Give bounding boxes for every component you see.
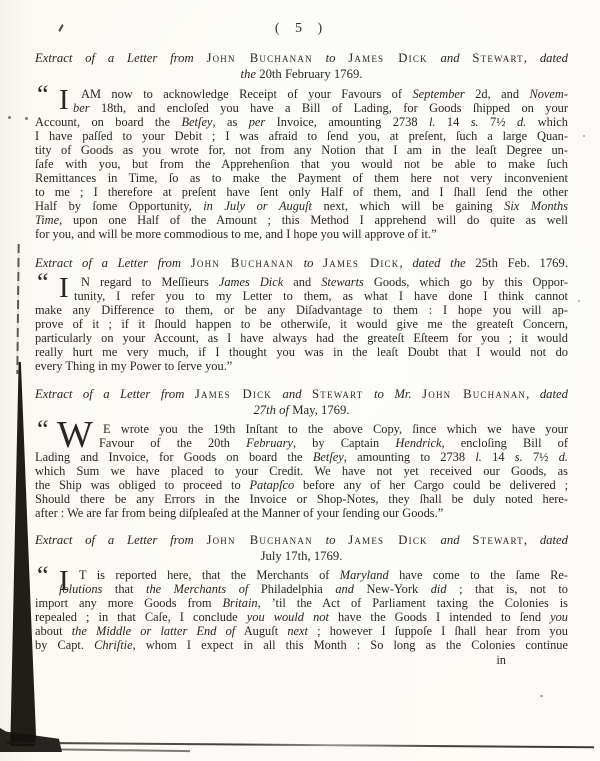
text-segment: Extract of a Letter from [35,256,191,270]
text-segment: James Dick [348,51,427,65]
body-line: every Thing in my Power to ſerve you.” [35,359,568,373]
text-segment: Should there be any Errors in the Invoic… [35,492,568,506]
text-segment: , [399,256,412,270]
body-line: ber 18th, and encloſed you have a Bill o… [35,101,568,115]
body-line: T is reported here, that the Merchants o… [35,568,568,582]
drop-cap: W [57,420,91,450]
text-segment: New-York [354,582,431,596]
text-segment: have the Goods I intended to ſend [329,610,550,624]
opening-quote-mark: “ [37,88,47,102]
text-segment: , [524,533,540,547]
text-segment: July 17th, 1769. [261,549,343,563]
text-segment: have come to the ſame Re- [389,568,568,582]
text-segment: to me ; I therefore at preſent have ſent… [35,185,568,199]
text-segment: I have paſſed to your Debit ; I was afra… [35,129,568,143]
opening-quote-mark: “ [37,569,47,583]
text-segment: Extract of a Letter from [35,533,206,547]
text-segment: d. [517,115,526,129]
scan-speck [540,695,543,697]
scan-speck [8,116,11,119]
letter-heading-date: July 17th, 1769. [35,548,568,564]
text-segment: September [412,87,464,101]
letter-extract: Extract of a Letter from John Buchanan t… [35,50,568,241]
letter-body: “IT is reported here, that the Merchants… [35,568,568,652]
text-segment: make any Difference to them, or be any D… [35,303,568,317]
text-segment: about [35,624,72,638]
text-segment: , as [212,115,248,129]
text-segment: to [313,51,349,65]
text-segment: 25th Feb. 1769. [466,256,568,270]
body-line: about the Middle or latter End of Auguſt… [35,624,568,638]
binding-crease-bar [8,362,36,746]
text-segment: , ’til the Act of Parliament taxing the … [258,596,568,610]
text-segment: Time [35,213,59,227]
text-segment: 27th of [253,403,289,417]
text-segment: after : We are far from being diſpleaſed… [35,506,443,520]
letter-heading: Extract of a Letter from James Dick and … [35,386,568,402]
text-segment: next, which will be gaining [312,199,504,213]
text-segment: John Buchanan [206,51,312,65]
body-line: for you, and will be more commodious to … [35,227,568,241]
text-segment: ; that is, not to [447,582,568,596]
body-line: the Ship was obliged to proceed to Patap… [35,478,568,492]
text-segment: d. [559,450,568,464]
text-segment: in July or Auguſt [203,199,312,213]
letter-heading: Extract of a Letter from John Buchanan t… [35,50,568,66]
text-block: ( 5 ) Extract of a Letter from John Buch… [35,20,568,667]
body-line: prove of it ; if it ſhould happen to be … [35,317,568,331]
text-segment: John Buchanan [422,387,526,401]
text-segment: Six Months [504,199,568,213]
text-segment: 7½ [479,115,517,129]
text-segment: ; however I ſuppoſe I ſhall hear from yo… [308,624,568,638]
text-segment: James Dick [323,256,399,270]
text-segment: Extract of a Letter from [35,51,206,65]
text-segment: AM now to acknowledge Receipt of your Fa… [81,87,412,101]
body-line: Lading and Invoice, for Goods on board t… [35,450,568,464]
text-segment: that [102,582,146,596]
text-segment: ſafe with you, but from the Apprehenſion… [35,157,568,171]
text-segment: s. [471,115,479,129]
text-segment: Goods, which go by this Oppor- [364,275,568,289]
text-segment: s. [515,450,523,464]
text-segment: ber [73,101,90,115]
text-segment: Stewart [312,387,363,401]
text-segment: prove of it ; if it ſhould happen to be … [35,317,568,331]
text-segment: Patapſco [249,478,294,492]
text-segment: Remittances in Time, ſo as to make the P… [35,171,568,185]
text-segment: did [431,582,447,596]
text-segment: to [313,533,349,547]
text-segment: Account, on board the [35,115,181,129]
drop-cap: I [59,86,69,114]
text-segment: James Dick [195,387,272,401]
text-segment: dated [540,51,568,65]
text-segment: James Dick [219,275,283,289]
text-segment: John Buchanan [206,533,312,547]
text-segment: dated [540,533,568,547]
text-segment: you would not [247,610,329,624]
text-segment: Favour of the 20th [99,436,246,450]
text-segment: , upon one Half of the Amount ; this Met… [59,213,568,227]
text-segment: and [272,387,312,401]
body-line: make any Difference to them, or be any D… [35,303,568,317]
body-line: Should there be any Errors in the Invoic… [35,492,568,506]
text-segment: the Middle or latter End of [72,624,236,638]
text-segment: per [249,115,266,129]
text-segment: 14 [482,450,515,464]
text-segment: , [524,51,540,65]
body-line: after : We are far from being diſpleaſed… [35,506,568,520]
text-segment: Maryland [340,568,389,582]
text-segment: 2d, and [465,87,530,101]
text-segment: Novem- [529,87,568,101]
body-line: AM now to acknowledge Receipt of your Fa… [35,87,568,101]
text-segment: , encloſing Bill of [441,436,568,450]
letter-body: “IAM now to acknowledge Receipt of your … [35,87,568,241]
text-segment: 14 [435,115,470,129]
text-segment: which [526,115,568,129]
body-line: tunity, I refer you to my Letter to them… [35,289,568,303]
text-segment: , amounting to 2738 [344,450,476,464]
letter-extracts: Extract of a Letter from John Buchanan t… [35,50,568,652]
text-segment: Chriſtie [94,638,133,652]
text-segment: Britain [222,596,257,610]
text-segment: Betſey [313,450,344,464]
text-segment: 20th February 1769. [256,67,362,81]
opening-quote-mark: “ [37,423,47,437]
letter-heading-date: 27th of May, 1769. [35,402,568,418]
scanned-document-page: ( 5 ) Extract of a Letter from John Buch… [0,0,600,761]
body-line: ſafe with you, but from the Apprehenſion… [35,157,568,171]
text-segment: which Sum we have placed to your Credit.… [35,464,568,478]
text-segment: Philadelphia [248,582,335,596]
text-segment: , whom I expect in all this Month : So l… [133,638,568,652]
catchword: in [35,653,568,667]
text-segment: to [294,256,323,270]
body-line: import any more Goods from Britain, ’til… [35,596,568,610]
body-line: really hurt me very much, if I thought y… [35,345,568,359]
body-line: I have paſſed to your Debit ; I was afra… [35,129,568,143]
text-segment: and [335,582,354,596]
binding-crease-line [16,244,19,374]
scan-speck [578,300,580,302]
text-segment: next [287,624,308,638]
text-segment: the [241,67,257,81]
text-segment: to Mr. [363,387,422,401]
text-segment: Stewart [472,533,523,547]
letter-extract: Extract of a Letter from James Dick and … [35,386,568,520]
body-line: tity of Goods as you wrote for, not from… [35,143,568,157]
text-segment: by Capt. [35,638,94,652]
body-line: Account, on board the Betſey, as per Inv… [35,115,568,129]
text-segment: and [428,533,473,547]
letter-extract: Extract of a Letter from John Buchanan t… [35,255,568,373]
body-line: E wrote you the 19th Inſtant to the abov… [35,422,568,436]
body-line: which Sum we have placed to your Credit.… [35,464,568,478]
body-line: particularly on your Account, as I have … [35,331,568,345]
text-segment: N regard to Meſſieurs [81,275,219,289]
letter-heading: Extract of a Letter from John Buchanan t… [35,255,568,271]
text-segment: Stewart [472,51,523,65]
text-segment: May, 1769. [289,403,350,417]
drop-cap: I [59,274,69,302]
body-line: by Capt. Chriſtie, whom I expect in all … [35,638,568,652]
text-segment: before any of her Cargo could be deliver… [294,478,568,492]
text-segment: every Thing in my Power to ſerve you.” [35,359,232,373]
text-segment: 7½ [523,450,559,464]
text-segment: you [550,610,568,624]
text-segment: the Ship was obliged to proceed to [35,478,249,492]
text-segment: , by Captain [293,436,395,450]
text-segment: the Merchants of [146,582,248,596]
body-line: ſolutions that the Merchants of Philadel… [35,582,568,596]
text-segment: February [246,436,293,450]
body-line: to me ; I therefore at preſent have ſent… [35,185,568,199]
opening-quote-mark: “ [37,276,47,290]
text-segment: really hurt me very much, if I thought y… [35,345,568,359]
scan-speck [583,135,585,137]
body-line: Remittances in Time, ſo as to make the P… [35,171,568,185]
text-segment: Auguſt [235,624,287,638]
letter-heading: Extract of a Letter from John Buchanan t… [35,532,568,548]
text-segment: tity of Goods as you wrote for, not from… [35,143,568,157]
text-segment: import any more Goods from [35,596,222,610]
text-segment: and [428,51,473,65]
text-segment: E wrote you the 19th Inſtant to the abov… [103,422,568,436]
text-segment: for you, and will be more commodious to … [35,227,437,241]
text-segment: Invoice, amounting 2738 [265,115,429,129]
text-segment: Stewarts [321,275,364,289]
text-segment: James Dick [348,533,427,547]
text-segment: , [526,387,540,401]
drop-cap: I [59,567,69,595]
letter-heading-date: the 20th February 1769. [35,66,568,82]
text-segment: T is reported here, that the Merchants o… [79,568,340,582]
text-segment: dated [540,387,568,401]
body-line: N regard to Meſſieurs James Dick and Ste… [35,275,568,289]
body-line: Favour of the 20th February, by Captain … [35,436,568,450]
scan-speck [25,117,28,120]
text-segment: 18th, and encloſed you have a Bill of La… [90,101,568,115]
text-segment: particularly on your Account, as I have … [35,331,568,345]
text-segment: Extract of a Letter from [35,387,195,401]
body-line: repealed ; in that Caſe, I conclude you … [35,610,568,624]
letter-extract: Extract of a Letter from John Buchanan t… [35,532,568,652]
letter-body: “IN regard to Meſſieurs James Dick and S… [35,275,568,373]
text-segment: tunity, I refer you to my Letter to them… [74,289,568,303]
body-line: Half by ſome Opportunity, in July or Aug… [35,199,568,213]
letter-body: “WE wrote you the 19th Inſtant to the ab… [35,422,568,520]
text-segment: Hendrick [395,436,441,450]
text-segment: dated the [412,256,465,270]
text-segment: repealed ; in that Caſe, I conclude [35,610,247,624]
text-segment: and [283,275,321,289]
text-segment: Half by ſome Opportunity, [35,199,203,213]
text-segment: Betſey [181,115,212,129]
text-segment: John Buchanan [191,256,294,270]
page-number: ( 5 ) [35,20,568,38]
body-line: Time, upon one Half of the Amount ; this… [35,213,568,227]
page-fold-line [6,742,594,749]
